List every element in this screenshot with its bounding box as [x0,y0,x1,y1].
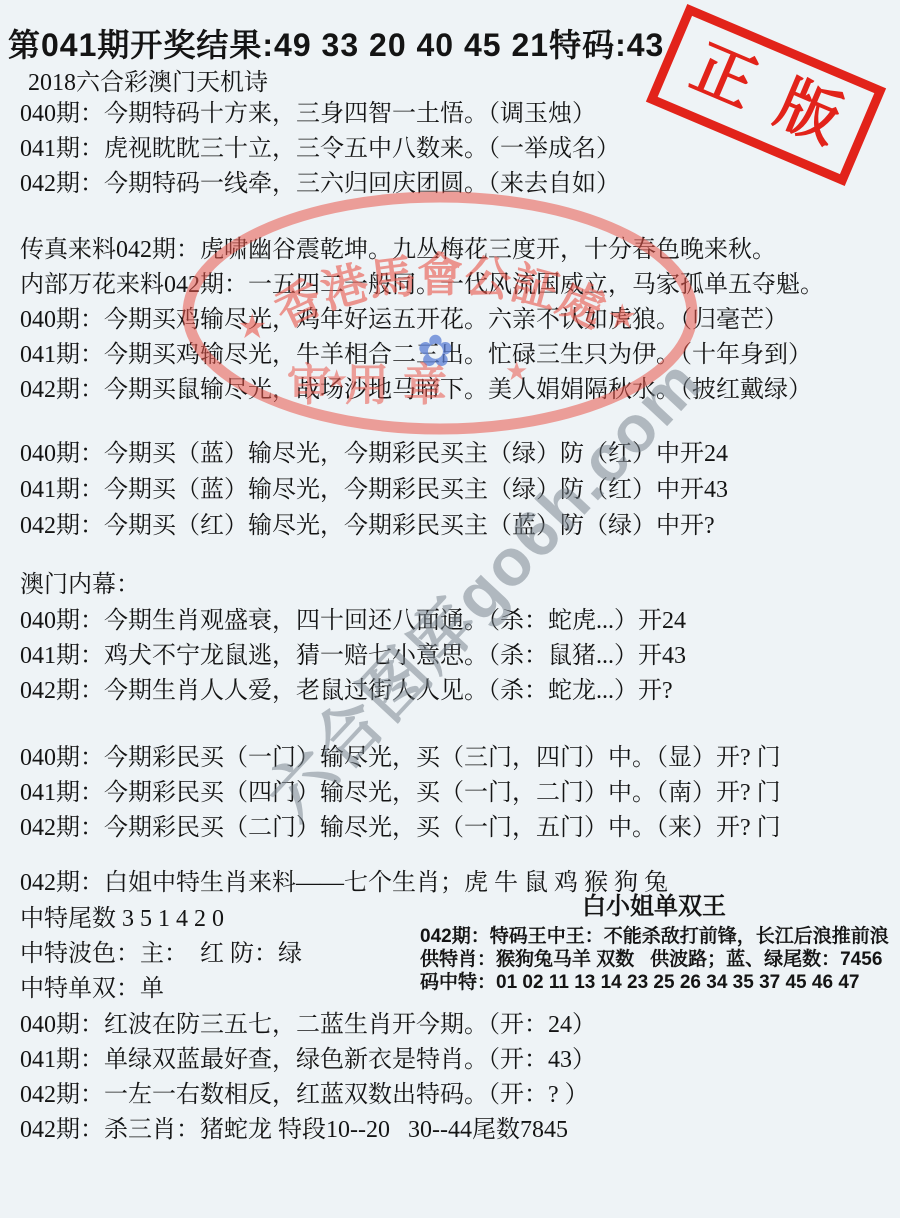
door-line: 041期：今期彩民买（四门）输尽光，买（一门，二门）中。（南）开? 门 [20,776,781,811]
lottery-sheet-page: 第041期开奖结果:49 33 20 40 45 21特码:43 2018六合彩… [0,0,900,1218]
white-left-line: 中特波色：主： 红 防：绿 [20,937,302,972]
genuine-stamp: 正版 [646,4,886,186]
white-left-line: 中特尾数 3 5 1 4 2 0 [20,902,302,937]
bottom-line: 042期：杀三肖：猪蛇龙 特段10--20 30--44尾数7845 [20,1113,596,1147]
door-line: 042期：今期彩民买（二门）输尽光，买（一门，五门）中。（来）开? 门 [20,811,781,846]
doors-section: 040期：今期彩民买（一门）输尽光，买（三门，四门）中。（显）开? 门 041期… [20,741,781,846]
fax-section: 传真来料042期：虎啸幽谷震乾坤。九丛梅花三度开，十分春色晚来秋。 内部万花来料… [20,233,824,408]
macau-title: 澳门内幕： [20,567,140,603]
door-line: 040期：今期彩民买（一门）输尽光，买（三门，四门）中。（显）开? 门 [20,741,781,776]
fax-line: 内部万花来料042期：一五四二一般同。一代风流国威立，马家孤单五夺魁。 [20,268,824,303]
bottom-section: 040期：红波在防三五七，二蓝生肖开今期。（开：24） 041期：单绿双蓝最好查… [20,1008,596,1147]
bottom-line: 041期：单绿双蓝最好查，绿色新衣是特肖。（开：43） [20,1043,596,1078]
white-right-line: 042期：特码王中王：不能杀敌打前锋，长江后浪推前浪 [420,925,888,948]
white-right-line: 码中特：01 02 11 13 14 23 25 26 34 35 37 45 … [420,971,888,994]
fax-line: 041期：今期买鸡输尽光，牛羊相合二三出。忙碌三生只为伊。（十年身到） [20,338,824,373]
page-subtitle: 2018六合彩澳门天机诗 [28,62,268,97]
fax-line: 040期：今期买鸡输尽光，鸡年好运五开花。六亲不认如虎狼。（归毫芒） [20,303,824,338]
genuine-stamp-text: 正版 [655,25,876,166]
poem-line: 040期：今期特码十方来，三身四智一土悟。（调玉烛） [20,97,620,132]
bottom-line: 040期：红波在防三五七，二蓝生肖开今期。（开：24） [20,1008,596,1043]
white-right-line: 供特肖：猴狗兔马羊 双数 供波路；蓝、绿尾数：7456 [420,948,888,971]
white-left-line: 中特单双：单 [20,972,302,1007]
color-buy-line: 042期：今期买（红）输尽光，今期彩民买主（蓝）防（绿）中开? [20,508,728,544]
fax-line: 传真来料042期：虎啸幽谷震乾坤。九丛梅花三度开，十分春色晚来秋。 [20,233,824,268]
white-right-title: 白小姐单双王 [420,886,888,921]
white-right-section: 白小姐单双王 042期：特码王中王：不能杀敌打前锋，长江后浪推前浪 供特肖：猴狗… [420,886,888,994]
poem-line: 041期：虎视眈眈三十立，三令五中八数来。（一举成名） [20,132,620,167]
macau-line: 040期：今期生肖观盛衰，四十回还八面通。（杀：蛇虎...）开24 [20,604,686,639]
poems-section: 040期：今期特码十方来，三身四智一土悟。（调玉烛） 041期：虎视眈眈三十立，… [20,97,620,202]
poem-line: 042期：今期特码一线牵，三六归回庆团圆。（来去自如） [20,167,620,202]
page-title: 第041期开奖结果:49 33 20 40 45 21特码:43 [8,20,664,66]
bottom-line: 042期：一左一右数相反，红蓝双数出特码。（开：? ） [20,1078,596,1113]
white-left-section: 中特尾数 3 5 1 4 2 0 中特波色：主： 红 防：绿 中特单双：单 [20,902,302,1007]
macau-section-title: 澳门内幕： [20,567,140,603]
